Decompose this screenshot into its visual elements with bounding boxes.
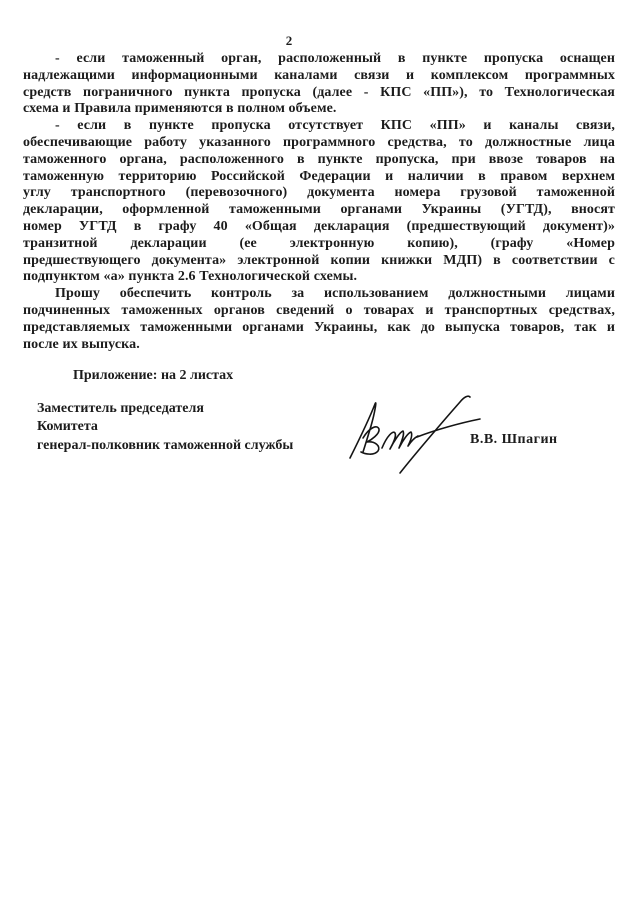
text-line: схема и Правила применяются в полном объ… <box>23 101 615 118</box>
text-line: декларации, оформленной таможенными орга… <box>23 202 615 219</box>
signatory-position-line: Заместитель председателя <box>37 400 293 418</box>
text-line: углу транспортного (перевозочного) докум… <box>23 185 615 202</box>
paragraph-3: Прошу обеспечить контроль за использован… <box>23 286 615 353</box>
scanned-document-page: 2 - если таможенный орган, расположенный… <box>0 0 640 900</box>
signatory-position-line: генерал-полковник таможенной службы <box>37 437 293 455</box>
text-line: - если в пункте пропуска отсутствует КПС… <box>23 118 615 135</box>
signatory-position-line: Комитета <box>37 418 293 436</box>
text-line: средств пограничного пункта пропуска (да… <box>23 85 615 102</box>
paragraph-2: - если в пункте пропуска отсутствует КПС… <box>23 118 615 286</box>
text-line: подчиненных таможенных органов сведений … <box>23 303 615 320</box>
attachment-note: Приложение: на 2 листах <box>73 368 233 384</box>
signatory-name: В.В. Шпагин <box>470 432 558 448</box>
page-number: 2 <box>0 33 578 49</box>
text-line: после их выпуска. <box>23 337 615 354</box>
text-line: таможенную территорию Российской Федерац… <box>23 169 615 186</box>
signature-block: Заместитель председателя Комитета генера… <box>37 400 293 455</box>
text-line: номер УГТД в графу 40 «Общая декларация … <box>23 219 615 236</box>
paragraph-1: - если таможенный орган, расположенный в… <box>23 51 615 118</box>
text-line: обеспечивающие работу указанного програм… <box>23 135 615 152</box>
text-line: надлежащими информационными каналами свя… <box>23 68 615 85</box>
text-line: - если таможенный орган, расположенный в… <box>23 51 615 68</box>
document-body: - если таможенный орган, расположенный в… <box>23 51 615 353</box>
text-line: транзитной декларации (ее электронную ко… <box>23 236 615 253</box>
text-line: подпунктом «а» пункта 2.6 Технологическо… <box>23 269 615 286</box>
text-line: таможенного органа, расположенного в пун… <box>23 152 615 169</box>
text-line: представляемых таможенными органами Укра… <box>23 320 615 337</box>
text-line: Прошу обеспечить контроль за использован… <box>23 286 615 303</box>
text-line: предшествующего документа» электронной к… <box>23 253 615 270</box>
